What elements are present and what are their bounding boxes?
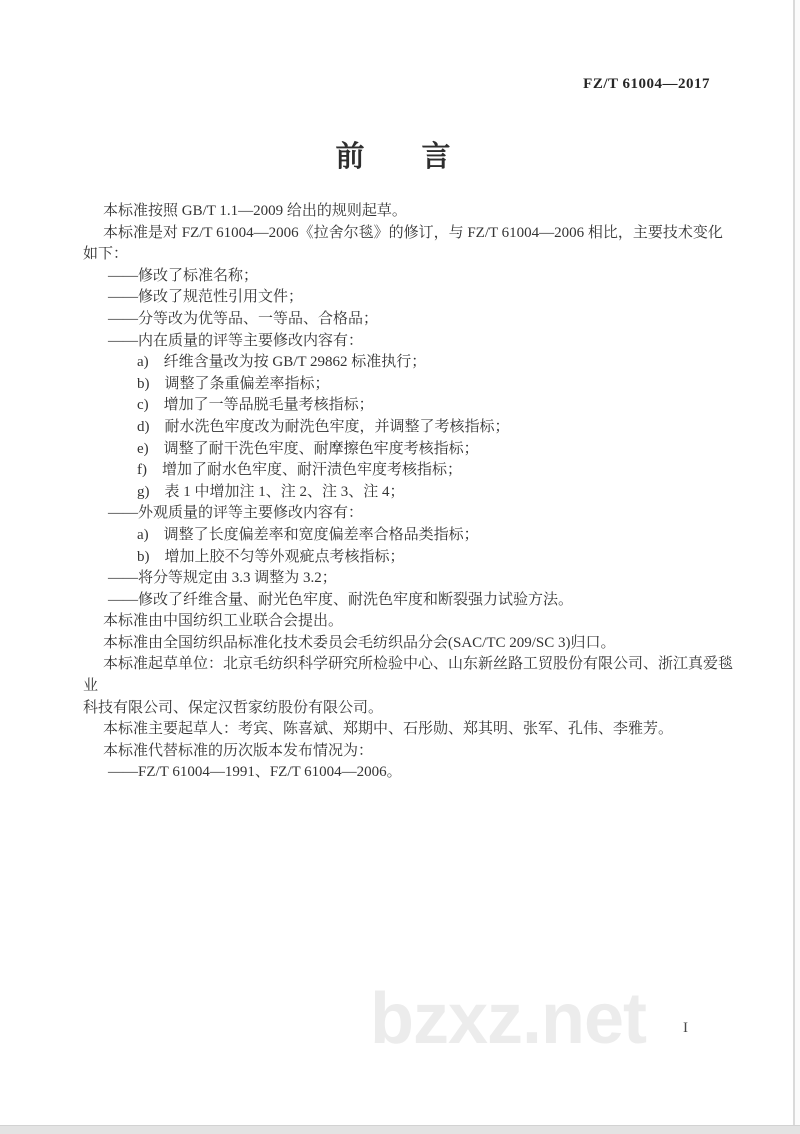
body-line: 本标准按照 GB/T 1.1—2009 给出的规则起草。 — [83, 201, 738, 223]
site-watermark: bzxz.net — [370, 978, 646, 1060]
body-line: ——分等改为优等品、一等品、合格品； — [83, 309, 738, 331]
document-body: 本标准按照 GB/T 1.1—2009 给出的规则起草。 本标准是对 FZ/T … — [83, 201, 738, 784]
body-line: 本标准由中国纺织工业联合会提出。 — [83, 611, 738, 633]
body-line: ——外观质量的评等主要修改内容有： — [83, 503, 738, 525]
standard-code: FZ/T 61004—2017 — [583, 76, 710, 93]
body-line: e) 调整了耐干洗色牢度、耐摩擦色牢度考核指标； — [83, 439, 738, 461]
body-line: b) 调整了条重偏差率指标； — [83, 374, 738, 396]
body-line: 本标准由全国纺织品标准化技术委员会毛纺织品分会(SAC/TC 209/SC 3)… — [83, 633, 738, 655]
body-line: 本标准起草单位：北京毛纺织科学研究所检验中心、山东新丝路工贸股份有限公司、浙江真… — [83, 654, 738, 697]
body-line: ——修改了规范性引用文件； — [83, 287, 738, 309]
body-line: 本标准代替标准的历次版本发布情况为： — [83, 741, 738, 763]
body-line: ——修改了标准名称； — [83, 266, 738, 288]
body-line: ——修改了纤维含量、耐光色牢度、耐洗色牢度和断裂强力试验方法。 — [83, 590, 738, 612]
body-line: 科技有限公司、保定汉哲家纺股份有限公司。 — [83, 698, 738, 720]
body-line: a) 纤维含量改为按 GB/T 29862 标准执行； — [83, 352, 738, 374]
body-line: 本标准主要起草人：考宾、陈喜斌、郑期中、石彤勋、郑其明、张军、孔伟、李雅芳。 — [83, 719, 738, 741]
body-line: ——将分等规定由 3.3 调整为 3.2； — [83, 568, 738, 590]
body-line: 本标准是对 FZ/T 61004—2006《拉舍尔毯》的修订，与 FZ/T 61… — [83, 223, 738, 245]
body-line: 如下： — [83, 244, 738, 266]
page-title: 前 言 — [0, 134, 800, 175]
body-line: a) 调整了长度偏差率和宽度偏差率合格品类指标； — [83, 525, 738, 547]
document-page: FZ/T 61004—2017 前 言 本标准按照 GB/T 1.1—2009 … — [0, 0, 800, 1134]
body-line: c) 增加了一等品脱毛量考核指标； — [83, 395, 738, 417]
body-line: ——内在质量的评等主要修改内容有： — [83, 331, 738, 353]
scan-edge-right-line — [793, 0, 795, 1126]
body-line: b) 增加上胶不匀等外观疵点考核指标； — [83, 547, 738, 569]
scan-edge-bottom — [0, 1125, 800, 1134]
scan-edge-right-strip — [795, 0, 800, 1126]
body-line: g) 表 1 中增加注 1、注 2、注 3、注 4； — [83, 482, 738, 504]
page-number: I — [683, 1020, 688, 1037]
body-line: d) 耐水洗色牢度改为耐洗色牢度，并调整了考核指标； — [83, 417, 738, 439]
body-line: f) 增加了耐水色牢度、耐汗渍色牢度考核指标； — [83, 460, 738, 482]
body-line: ——FZ/T 61004—1991、FZ/T 61004—2006。 — [83, 762, 738, 784]
